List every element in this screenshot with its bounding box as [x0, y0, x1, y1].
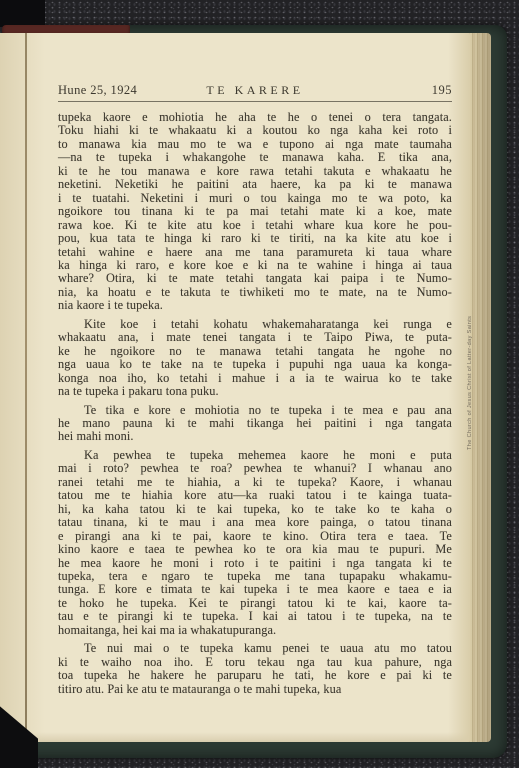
text-line: Te tika e kore e mohiotia no te tupeka i…: [58, 404, 452, 417]
text-line: homaitanga, hei kai ma ia whakatupuranga…: [58, 624, 452, 637]
text-line: Te nui mai o te tupeka kamu penei te uau…: [58, 642, 452, 655]
text-line: hi, ka kaha tatou ki te kai tupeka, ko t…: [58, 503, 452, 516]
text-line: te hoko he tupeka. Kei te pirangi tatou …: [58, 597, 452, 610]
text-line: nia, ka hoatu e te takuta te tiwhiketi m…: [58, 286, 452, 299]
text-line: tetahi wahine e haere ana me tana paramu…: [58, 246, 452, 259]
text-line: tau e te pirangi ki te tupeka. I kai ai …: [58, 610, 452, 623]
text-line: rawa koe. Ki te kite atu koe i tetahi wh…: [58, 219, 452, 232]
header-date: Hune 25, 1924: [58, 83, 189, 98]
header-page-number: 195: [321, 83, 452, 98]
text-line: kino kaore e taea te pewhea ko te ora ki…: [58, 543, 452, 556]
text-line: to manawa kia mau mo te wa e tupono ai n…: [58, 138, 452, 151]
text-line: ki te waiho noa iho. E toru tekau nga ta…: [58, 656, 452, 669]
paragraph: Te nui mai o te tupeka kamu penei te uau…: [58, 642, 452, 696]
text-line: he mano pauna ki te mahi tikanga hei pai…: [58, 417, 452, 430]
page-header: Hune 25, 1924 TE KARERE 195: [58, 83, 452, 98]
text-line: mai i roto? pewhea te roa? pewhea te wha…: [58, 462, 452, 475]
text-line: titiro atu. Pai ke atu te matauranga o t…: [58, 683, 452, 696]
text-line: neketini. Neketiki he paitini ata haere,…: [58, 178, 452, 191]
header-rule: [58, 101, 452, 102]
header-title: TE KARERE: [189, 83, 320, 98]
paragraph: Te tika e kore e mohiotia no te tupeka i…: [58, 404, 452, 444]
paragraph: Kite koe i tetahi kohatu whakemaharatang…: [58, 318, 452, 399]
shadow-top-left: [0, 0, 45, 27]
text-line: ke he ngoikore no te manawa tetahi tanga…: [58, 345, 452, 358]
gutter-crease: [25, 33, 27, 742]
text-line: toa tupeka he hakere he paruparu he tati…: [58, 669, 452, 682]
text-line: nga uaua ko te take na te tupeka i pupuh…: [58, 358, 452, 371]
text-line: Kite koe i tetahi kohatu whakemaharatang…: [58, 318, 452, 331]
text-line: konga noa iho, ko tetahi i mahue i a ia …: [58, 372, 452, 385]
paragraph: tupeka kaore e mohiotia he aha te he o t…: [58, 111, 452, 313]
text-line: Toku hiahi ki te whakaatu ki a koutou ko…: [58, 124, 452, 137]
text-line: e pirangi ana ki te pai, kaore te kino. …: [58, 530, 452, 543]
text-line: tatou me te hiahia kore atu—ka ruaki tat…: [58, 489, 452, 502]
page-body: tupeka kaore e mohiotia he aha te he o t…: [58, 111, 452, 696]
text-line: Ka pewhea te tupeka mehemea kaore he mon…: [58, 449, 452, 462]
scanned-book-photo: The Church of Jesus Christ of Latter-day…: [0, 0, 519, 768]
text-line: ki te he tou manawa e kore rawa tetahi t…: [58, 165, 452, 178]
page-content: Hune 25, 1924 TE KARERE 195 tupeka kaore…: [58, 83, 452, 696]
text-line: tupeka, tera e ngaro te tupeka me tana t…: [58, 570, 452, 583]
text-line: na te tupeka i pakaru tona puku.: [58, 385, 452, 398]
text-line: tupeka kaore e mohiotia he aha te he o t…: [58, 111, 452, 124]
text-line: ka hinga ki raro, e kore koe e ki na te …: [58, 259, 452, 272]
text-line: tatau tinana, ki te mau i ana mea kore p…: [58, 516, 452, 529]
paragraph: Ka pewhea te tupeka mehemea kaore he mon…: [58, 449, 452, 637]
text-line: ngoikore tou tinana ki te pa mai tetahi …: [58, 205, 452, 218]
text-line: nia kaore i te tupeka.: [58, 299, 452, 312]
text-line: i te tuatahi. Neketini i muri o tou kain…: [58, 192, 452, 205]
book-page: Hune 25, 1924 TE KARERE 195 tupeka kaore…: [0, 33, 470, 742]
text-line: whare? Otira, ki te mate tetahi tangata …: [58, 272, 452, 285]
text-line: whakaatu ana, i mate tenei tangata i te …: [58, 331, 452, 344]
text-line: he mea kaore he moni i roto i te paitini…: [58, 557, 452, 570]
page-edge-stamp-text: The Church of Jesus Christ of Latter-day…: [467, 298, 480, 468]
text-line: tunga. E kore e timata te kai tupeka i t…: [58, 583, 452, 596]
text-line: pou, kua tata te hinga ki raro ki te tir…: [58, 232, 452, 245]
text-line: hei mahi moni.: [58, 430, 452, 443]
text-line: ranei tetahi me te hiahia, a ki te tupek…: [58, 476, 452, 489]
text-line: —na te tupeka i whakangohe te manawa kah…: [58, 151, 452, 164]
